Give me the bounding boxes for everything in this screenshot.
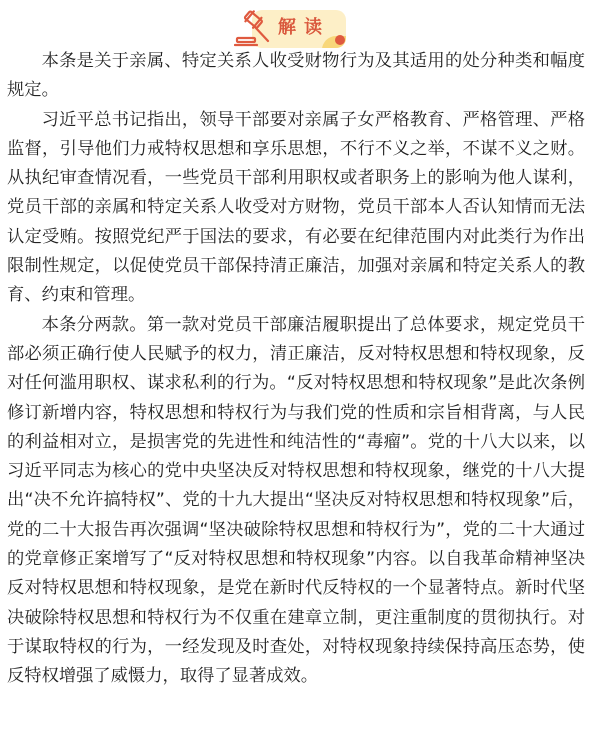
paragraph-background: 习近平总书记指出，领导干部要对亲属子女严格教育、严格管理、严格监督，引导他们力戒… (7, 106, 585, 311)
gavel-icon (234, 10, 274, 48)
paragraph-scope: 本条是关于亲属、特定关系人收受财物行为及其适用的处分种类和幅度规定。 (7, 47, 585, 106)
badge-title: 解读 (278, 13, 330, 43)
badge-dot-decoration (335, 35, 345, 45)
paragraph-clause-one: 本条分两款。第一款对党员干部廉洁履职提出了总体要求，规定党员干部必须正确行使人民… (7, 311, 585, 692)
article-body: 本条是关于亲属、特定关系人收受财物行为及其适用的处分种类和幅度规定。 习近平总书… (7, 47, 585, 692)
